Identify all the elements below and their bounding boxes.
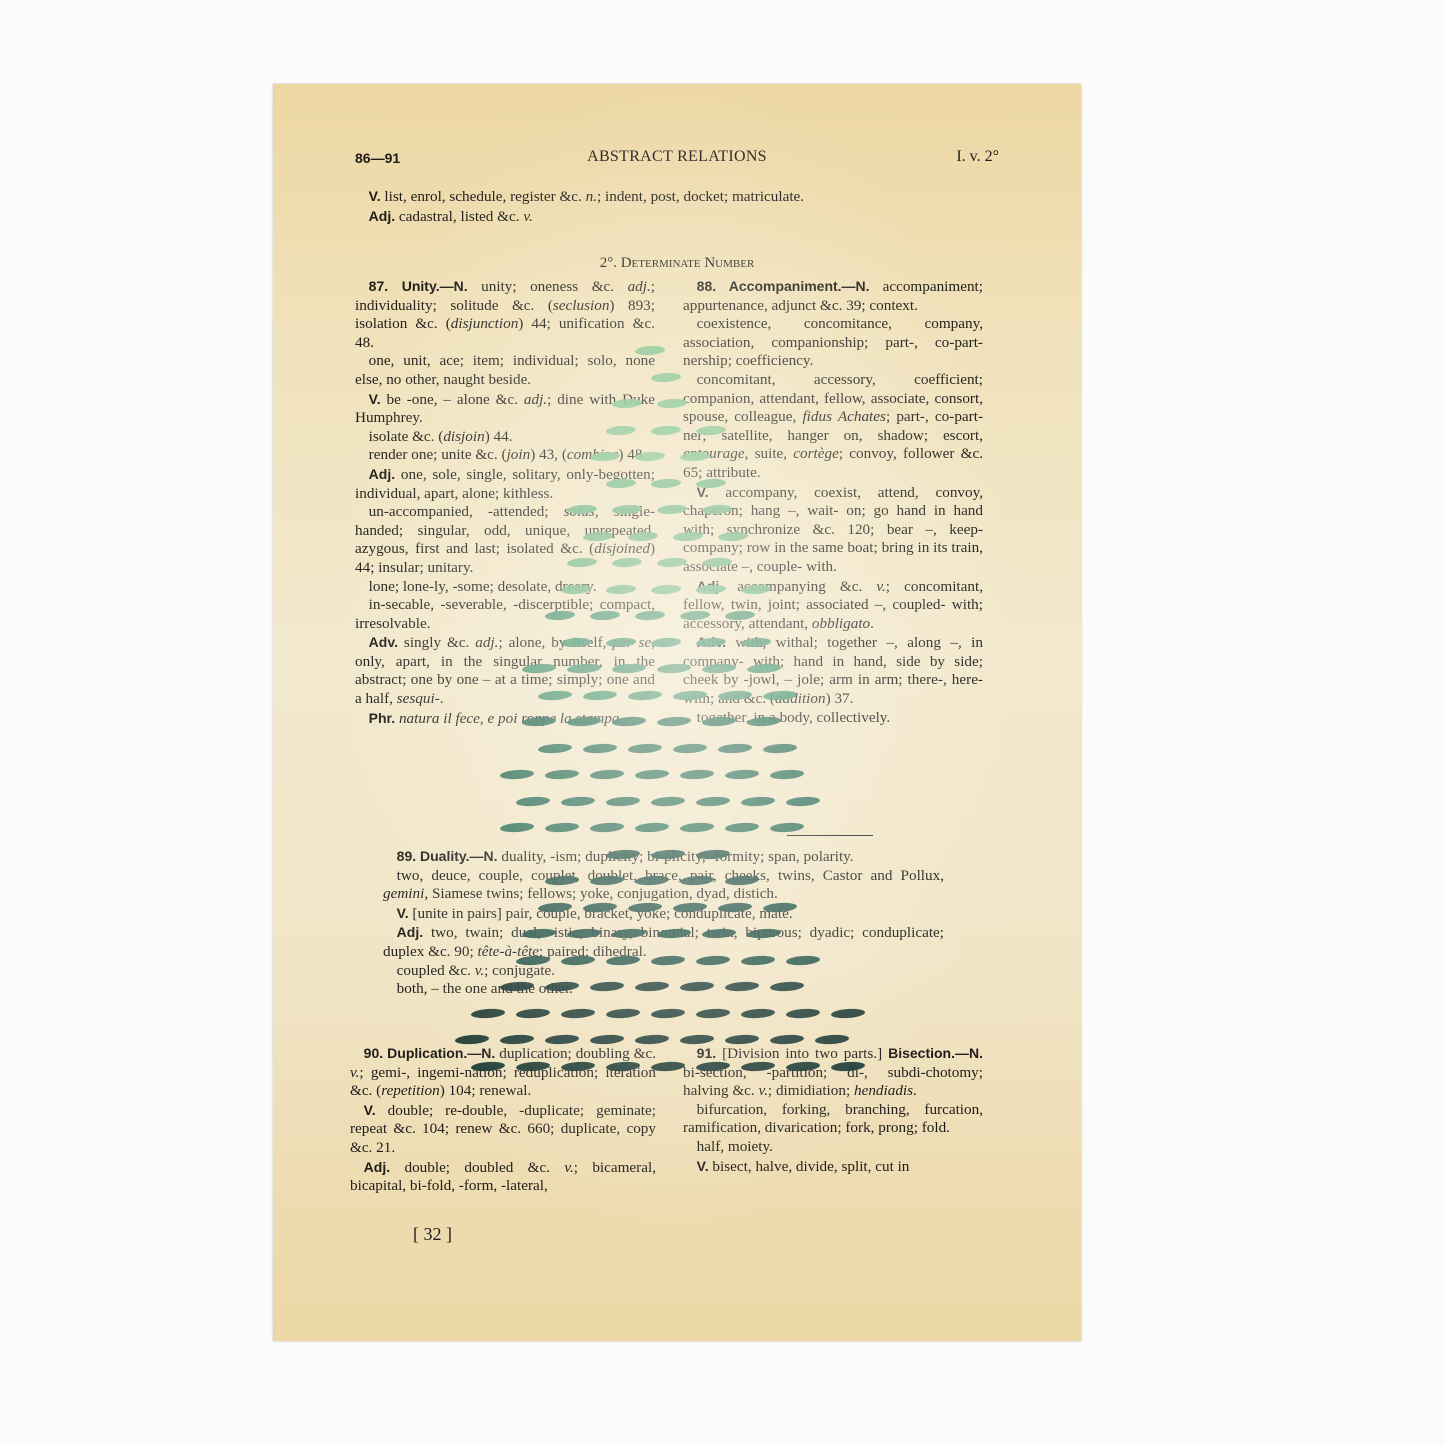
- stitch: [650, 795, 685, 806]
- paragraph: coexistence, concomitance, company, asso…: [683, 315, 983, 371]
- stitch: [544, 769, 579, 780]
- stitch: [830, 1007, 865, 1018]
- stitch: [763, 742, 798, 753]
- stitch: [634, 769, 669, 780]
- header-title: ABSTRACT RELATIONS: [355, 148, 999, 166]
- stitch: [679, 769, 714, 780]
- running-header: 86—91 ABSTRACT RELATIONS I. v. 2°: [355, 148, 999, 172]
- stitch: [470, 1007, 505, 1018]
- stitch: [695, 1007, 730, 1018]
- top-entry: V. list, enrol, schedule, register &c. n…: [355, 187, 949, 226]
- stitch: [695, 795, 730, 806]
- stitch: [769, 822, 804, 833]
- stitch: [679, 822, 714, 833]
- stitch: [785, 795, 820, 806]
- stitch: [785, 1007, 820, 1018]
- paragraph: two, deuce, couple, couplet, doublet, br…: [383, 867, 944, 904]
- stitch: [589, 822, 624, 833]
- paragraph: bifurcation, forking, branching, furcati…: [683, 1101, 983, 1138]
- paragraph: V. be -one, – alone &c. adj.; dine with …: [355, 390, 655, 428]
- paragraph: half, moiety.: [683, 1138, 983, 1157]
- stitch: [499, 822, 534, 833]
- stitch: [560, 1007, 595, 1018]
- stitch: [740, 1007, 775, 1018]
- paragraph: concomitant, accessory, coefficient; com…: [683, 371, 983, 483]
- stitch: [740, 795, 775, 806]
- entry-89-duality: 89. Duality.—N. duality, -ism; duplicity…: [383, 847, 944, 999]
- paragraph: Adj. double; doubled &c. v.; bicameral, …: [350, 1158, 656, 1196]
- top-adj-line: Adj. cadastral, listed &c. v.: [355, 207, 949, 227]
- paragraph: Phr. natura il fece, e poi roppe la stam…: [355, 709, 655, 729]
- stitch: [769, 769, 804, 780]
- entry-88-accompaniment: 88. Accompaniment.—N. accompaniment; app…: [683, 277, 983, 727]
- divider-rule: [787, 835, 873, 836]
- page-number: [ 32 ]: [413, 1224, 452, 1245]
- stitch: [515, 795, 550, 806]
- top-verb-line: V. list, enrol, schedule, register &c. n…: [355, 187, 949, 207]
- paragraph: V. double; re-double, -duplicate; gemina…: [350, 1101, 656, 1158]
- stitch: [560, 795, 595, 806]
- paragraph: 87. Unity.—N. unity; oneness &c. adj.; i…: [355, 277, 655, 352]
- entry-87-unity: 87. Unity.—N. unity; oneness &c. adj.; i…: [355, 277, 655, 728]
- paragraph: un-accompanied, -attended; solus, single…: [355, 503, 655, 577]
- paragraph: 90. Duplication.—N. duplication; doublin…: [350, 1044, 656, 1101]
- header-section: I. v. 2°: [956, 148, 999, 166]
- stitch: [634, 822, 669, 833]
- paragraph: 91. [Division into two parts.] Bisection…: [683, 1044, 983, 1101]
- paragraph: one, unit, ace; item; individual; solo, …: [355, 352, 655, 389]
- stitch: [718, 742, 753, 753]
- stitch: [724, 769, 759, 780]
- section-title: 2°. Determinate Number: [273, 255, 1081, 272]
- paragraph: Adj. accompanying &c. v.; concomitant, f…: [683, 577, 983, 634]
- stitch: [589, 769, 624, 780]
- stitch: [605, 1007, 640, 1018]
- stitch: [605, 795, 640, 806]
- stitch: [628, 742, 663, 753]
- stitch: [544, 822, 579, 833]
- paragraph: V. [unite in pairs] pair, couple, bracke…: [383, 904, 944, 924]
- stitch: [583, 742, 618, 753]
- stitch: [499, 769, 534, 780]
- paragraph: V. bisect, halve, divide, split, cut in: [683, 1157, 983, 1177]
- stitch: [724, 822, 759, 833]
- stitch: [634, 1034, 669, 1045]
- paragraph: 88. Accompaniment.—N. accompaniment; app…: [683, 277, 983, 315]
- stitch: [673, 742, 708, 753]
- book-page: 86—91 ABSTRACT RELATIONS I. v. 2° V. lis…: [273, 84, 1081, 1341]
- stitch: [515, 1007, 550, 1018]
- stitch: [650, 1007, 685, 1018]
- stitch: [538, 742, 573, 753]
